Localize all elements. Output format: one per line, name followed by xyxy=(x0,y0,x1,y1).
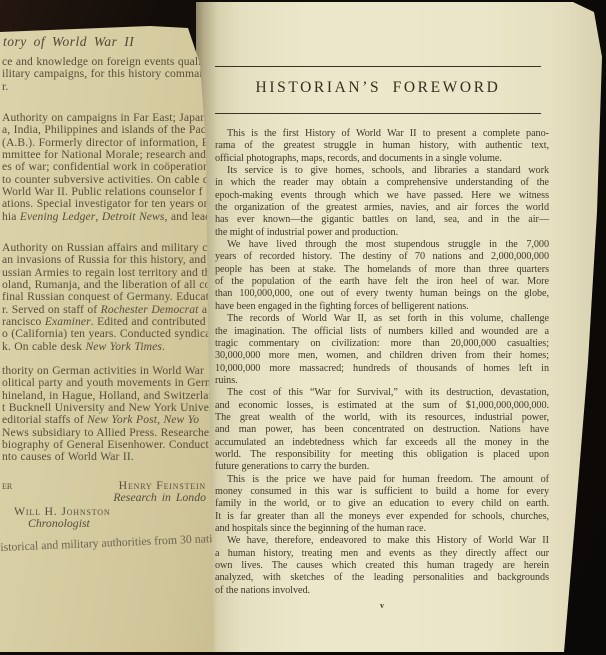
credit-role-research: Research in Londo xyxy=(113,490,206,505)
text-line: es of war; confidential work in coöperat… xyxy=(2,161,242,173)
page-title: HISTORIAN’S FOREWORD xyxy=(215,79,541,97)
text-line: The records of World War II, as set fort… xyxy=(215,313,549,325)
text-line: official photographs, maps, records, and… xyxy=(215,153,549,165)
text-line: rama of the greatest struggle in human h… xyxy=(215,140,549,152)
text-line: We have lived through the most stupendou… xyxy=(215,239,549,251)
text-line: of the population of the earth have felt… xyxy=(215,276,549,288)
text-line: We have, therefore, endeavored to make t… xyxy=(215,535,549,547)
credit-fragment: er xyxy=(2,480,12,492)
bio-paragraph: thority on German activities in World Wa… xyxy=(2,365,242,464)
text-line: k. On cable desk New York Times. xyxy=(2,341,242,353)
text-line: than 100,000,000, one out of every twent… xyxy=(215,288,549,300)
text-line: tragic commentary on civilization: more … xyxy=(215,338,549,350)
text-line: nto causes of World War II. xyxy=(2,451,242,463)
text-line: an invasions of Russia for this history,… xyxy=(2,254,242,266)
text-line: This is the first History of World War I… xyxy=(215,128,549,140)
text-line: own lives. The causes which created this… xyxy=(215,560,549,572)
text-line: The great wealth of the world, with its … xyxy=(215,412,549,424)
contributor-bios: ce and knowledge on foreign events quali… xyxy=(2,26,226,652)
foreword-body: This is the first History of World War I… xyxy=(215,128,549,597)
text-line: years of recorded history. The destiny o… xyxy=(215,251,549,263)
text-line: 30,000,000 more men, women, and children… xyxy=(215,350,549,362)
text-line: the imagination. The official lists of n… xyxy=(215,326,549,338)
page-number-mark: v xyxy=(215,601,549,610)
text-line: It is far greater than all the moneys ev… xyxy=(215,511,549,523)
header-rule-bottom xyxy=(215,113,541,114)
text-line: people has been at stake. The homelands … xyxy=(215,264,549,276)
text-line: in which the reader may obtain a compreh… xyxy=(215,177,549,189)
text-line: money consumed in this war is sufficient… xyxy=(215,486,549,498)
credit-role-chronologist: Chronologist xyxy=(28,516,90,531)
text-line: This is the price we have paid for human… xyxy=(215,474,549,486)
text-line: have been engaged in the fighting forces… xyxy=(215,301,549,313)
text-line: accumulated an indebtedness which far ex… xyxy=(215,437,549,449)
bio-paragraph: Authority on Russian affairs and militar… xyxy=(2,242,242,353)
text-line: the might of industrial power and produc… xyxy=(215,227,549,239)
text-line: and man power, has been concentrated on … xyxy=(215,424,549,436)
text-line: has ever known—the gigantic battles on l… xyxy=(215,214,549,226)
text-line: The cost of this “War for Survival,” wit… xyxy=(215,387,549,399)
text-line: editorial staffs of New York Post, New Y… xyxy=(2,414,242,426)
text-line: family in the world, or to give an educa… xyxy=(215,498,549,510)
text-line: the organization of the greatest armies,… xyxy=(215,202,549,214)
text-line: and hospitals since the beginning of the… xyxy=(215,523,549,535)
book-scan-photo: HISTORIAN’S FOREWORD This is the first H… xyxy=(0,0,606,655)
text-line: Its service is to give homes, schools, a… xyxy=(215,165,549,177)
left-page: tory of World War II ce and knowledge on… xyxy=(0,26,226,652)
text-line: future generations to carry the burden. xyxy=(215,461,549,473)
header-rule-top xyxy=(215,66,541,67)
right-page: HISTORIAN’S FOREWORD This is the first H… xyxy=(196,2,604,652)
text-line: a human history, treating men and events… xyxy=(215,548,549,560)
text-line: 10,000,000 more massacred; hundreds of t… xyxy=(215,363,549,375)
text-line: and economic losses, is estimated at the… xyxy=(215,400,549,412)
text-line: olitical party and youth movements in Ge… xyxy=(2,377,242,389)
text-line: ruins. xyxy=(215,375,549,387)
text-line: hia Evening Ledger, Detroit News, and le… xyxy=(2,211,242,223)
text-line: world. The responsibility for meeting th… xyxy=(215,449,549,461)
text-line: analyzed, with sketches of the leading p… xyxy=(215,572,549,584)
text-line: of the nations involved. xyxy=(215,585,549,597)
text-line: epoch-making events through which we hav… xyxy=(215,190,549,202)
